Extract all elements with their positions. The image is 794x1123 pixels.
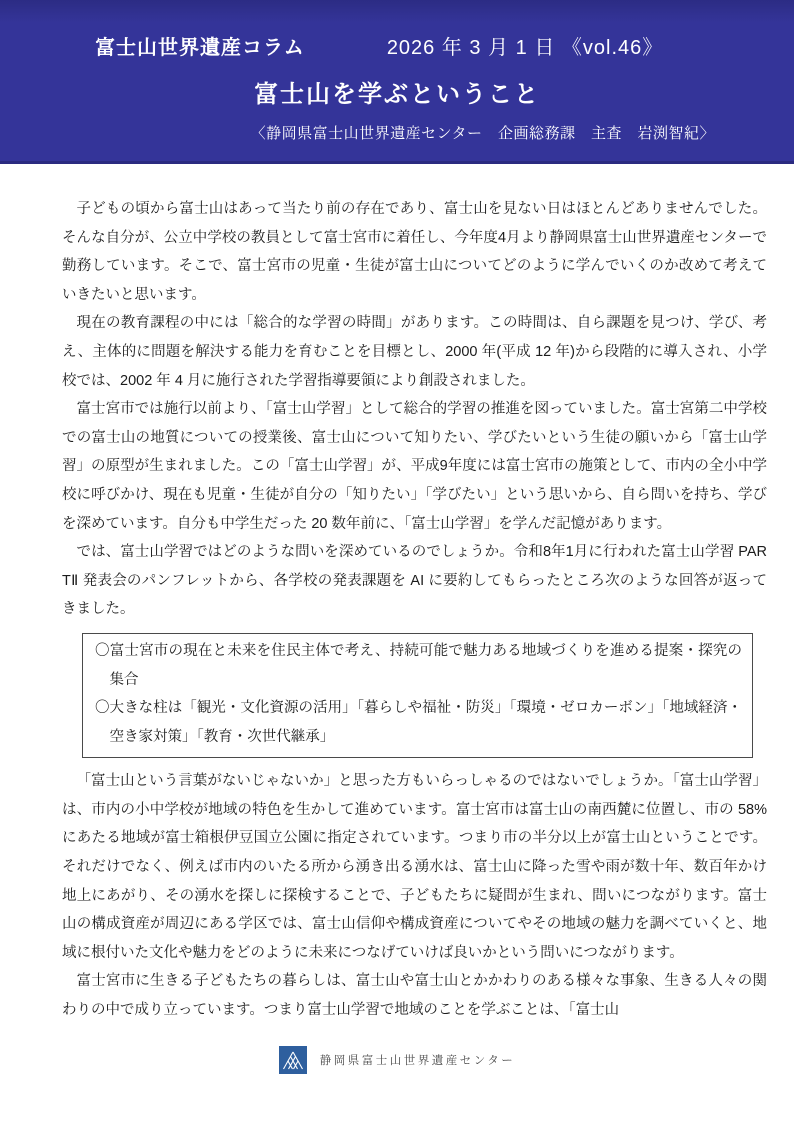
footer-logo-text: 静岡県富士山世界遺産センター (320, 1052, 516, 1068)
document-page: 富士山世界遺産コラム 2026 年 3 月 1 日 《vol.46》 富士山を学… (0, 0, 794, 1123)
column-kicker: 富士山世界遺産コラム (95, 31, 305, 60)
paragraph: 「富士山という言葉がないじゃないか」と思った方もいらっしゃるのではないでしょうか… (62, 767, 767, 967)
summary-item: 〇富士宮市の現在と未来を住民主体で考え、持続可能で魅力ある地域づくりを進める提案… (95, 637, 742, 694)
ai-summary-box: 〇富士宮市の現在と未来を住民主体で考え、持続可能で魅力ある地域づくりを進める提案… (82, 633, 753, 758)
summary-item: 〇大きな柱は「観光・文化資源の活用」「暮らしや福祉・防災」「環境・ゼロカーボン」… (95, 694, 742, 751)
paragraph: 子どもの頃から富士山はあって当たり前の存在であり、富士山を見ない日はほとんどあり… (62, 195, 767, 309)
header-top-row: 富士山世界遺産コラム 2026 年 3 月 1 日 《vol.46》 (0, 0, 794, 60)
paragraph: 富士宮市では施行以前より、「富士山学習」として総合的学習の推進を図っていました。… (62, 395, 767, 538)
author-byline: 〈静岡県富士山世界遺産センター 企画総務課 主査 岩渕智紀〉 (0, 122, 794, 143)
fuji-center-logo-icon (279, 1046, 307, 1074)
article-body: 子どもの頃から富士山はあって当たり前の存在であり、富士山を見ない日はほとんどあり… (0, 164, 794, 1025)
paragraph: では、富士山学習ではどのような問いを深めているのでしょうか。令和8年1月に行われ… (62, 538, 767, 624)
paragraph: 現在の教育課程の中には「総合的な学習の時間」があります。この時間は、自ら課題を見… (62, 309, 767, 395)
header-banner: 富士山世界遺産コラム 2026 年 3 月 1 日 《vol.46》 富士山を学… (0, 0, 794, 164)
paragraph: 富士宮市に生きる子どもたちの暮らしは、富士山や富士山とかかわりのある様々な事象、… (62, 967, 767, 1024)
issue-date: 2026 年 3 月 1 日 《vol.46》 (387, 31, 663, 60)
footer: 静岡県富士山世界遺産センター (0, 1046, 794, 1074)
article-title: 富士山を学ぶということ (0, 74, 794, 109)
